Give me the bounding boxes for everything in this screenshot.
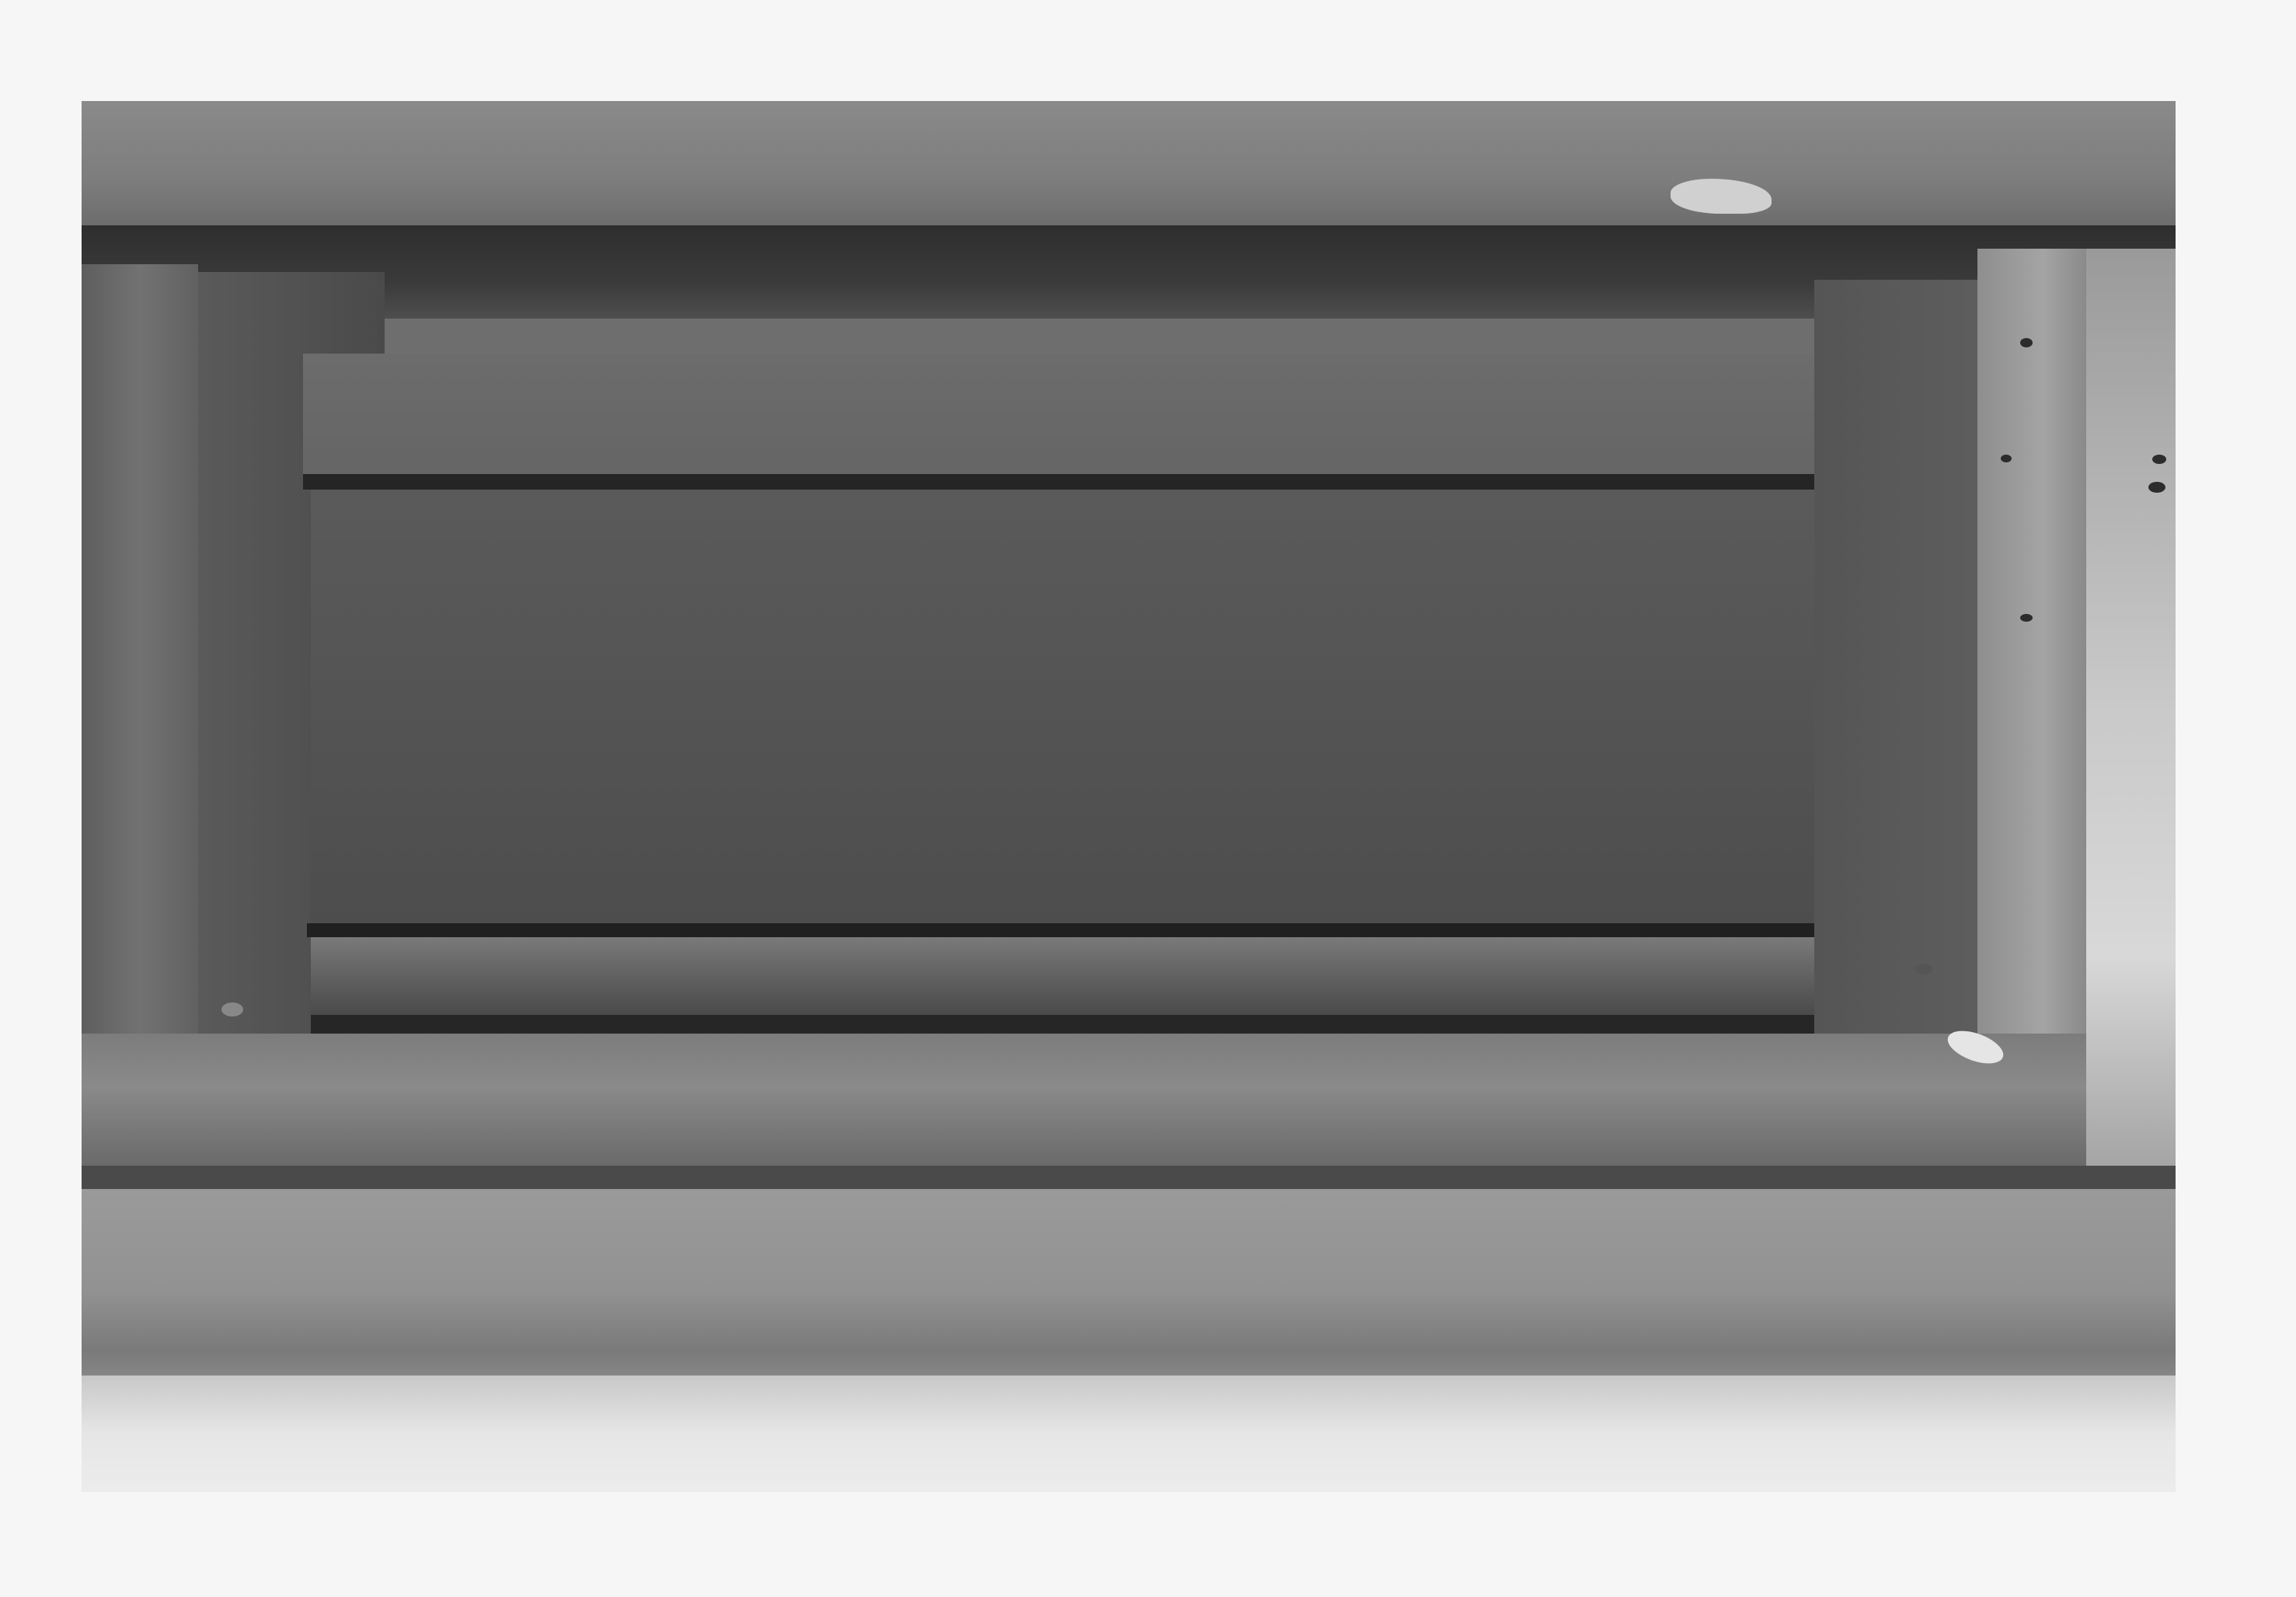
right-edge-board bbox=[2086, 249, 2176, 1259]
sill bbox=[82, 1034, 2086, 1166]
bottom-board bbox=[82, 1189, 2176, 1391]
right-post bbox=[1977, 249, 2086, 1142]
nail-head bbox=[1915, 964, 1932, 975]
bottom-rail bbox=[311, 937, 1904, 1015]
upper-gap bbox=[303, 474, 1904, 490]
back-upper-board bbox=[303, 354, 1904, 478]
nail-hole bbox=[2001, 455, 2012, 462]
nail-hole bbox=[2152, 455, 2166, 464]
nail-hole bbox=[2148, 482, 2165, 493]
back-panel bbox=[311, 490, 1904, 925]
nail-head bbox=[221, 1002, 243, 1016]
nail-hole bbox=[2020, 614, 2033, 622]
nail-hole bbox=[2020, 338, 2033, 347]
top-header-board bbox=[82, 101, 2176, 233]
lower-gap bbox=[307, 923, 1904, 937]
right-inner-side bbox=[1814, 280, 1993, 1142]
faded-print-area bbox=[82, 1376, 2176, 1492]
photograph bbox=[82, 101, 2176, 1492]
